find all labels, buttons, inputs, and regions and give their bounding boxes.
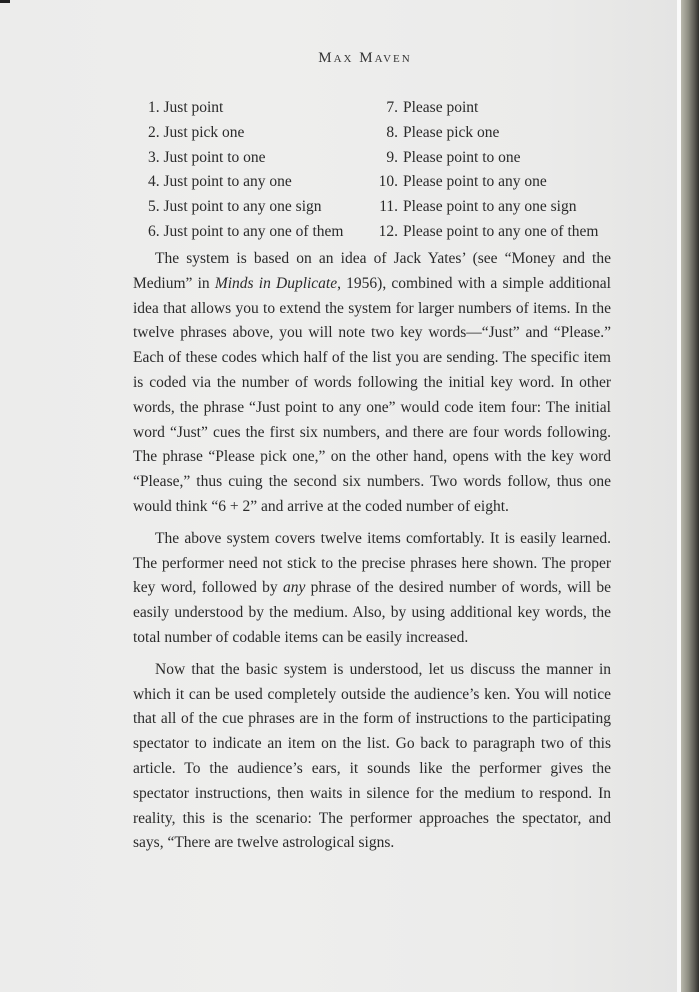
body-text: The system is based on an idea of Jack Y… <box>133 247 611 856</box>
list-item-number-right: 9. <box>386 146 398 170</box>
list-item-left: 2. Just pick one <box>148 121 244 145</box>
paragraph: Now that the basic system is understood,… <box>133 658 611 856</box>
list-row: 4. Just point to any one 10. Please poin… <box>0 170 679 194</box>
running-head: Max Maven <box>0 50 699 67</box>
book-spine-shadow <box>681 0 699 992</box>
list-row: 6. Just point to any one of them 12. Ple… <box>0 220 679 244</box>
emphasis: any <box>283 579 305 596</box>
list-row: 5. Just point to any one sign 11. Please… <box>0 195 679 219</box>
list-item-right: Please point <box>403 96 478 120</box>
list-item-number-right: 10. <box>379 170 398 194</box>
list-item-right: Please pick one <box>403 121 499 145</box>
list-row: 1. Just point 7. Please point <box>0 96 679 120</box>
scan-corner-mark <box>0 0 10 3</box>
list-item-right: Please point to one <box>403 146 521 170</box>
list-item-right: Please point to any one <box>403 170 547 194</box>
list-item-left: 4. Just point to any one <box>148 170 292 194</box>
paragraph: The above system covers twelve items com… <box>133 527 611 651</box>
list-item-left: 5. Just point to any one sign <box>148 195 322 219</box>
list-item-number-right: 11. <box>379 195 398 219</box>
list-item-left: 1. Just point <box>148 96 223 120</box>
book-title: Minds in Duplicate <box>215 275 337 292</box>
book-page: Max Maven 1. Just point 7. Please point … <box>0 0 679 992</box>
list-item-right: Please point to any one sign <box>403 195 577 219</box>
list-item-number-right: 7. <box>386 96 398 120</box>
list-item-right: Please point to any one of them <box>403 220 598 244</box>
list-row: 2. Just pick one 8. Please pick one <box>0 121 679 145</box>
list-item-number-right: 12. <box>379 220 398 244</box>
list-item-number-right: 8. <box>386 121 398 145</box>
paragraph: The system is based on an idea of Jack Y… <box>133 247 611 520</box>
list-item-left: 3. Just point to one <box>148 146 266 170</box>
list-item-left: 6. Just point to any one of them <box>148 220 343 244</box>
list-row: 3. Just point to one 9. Please point to … <box>0 146 679 170</box>
